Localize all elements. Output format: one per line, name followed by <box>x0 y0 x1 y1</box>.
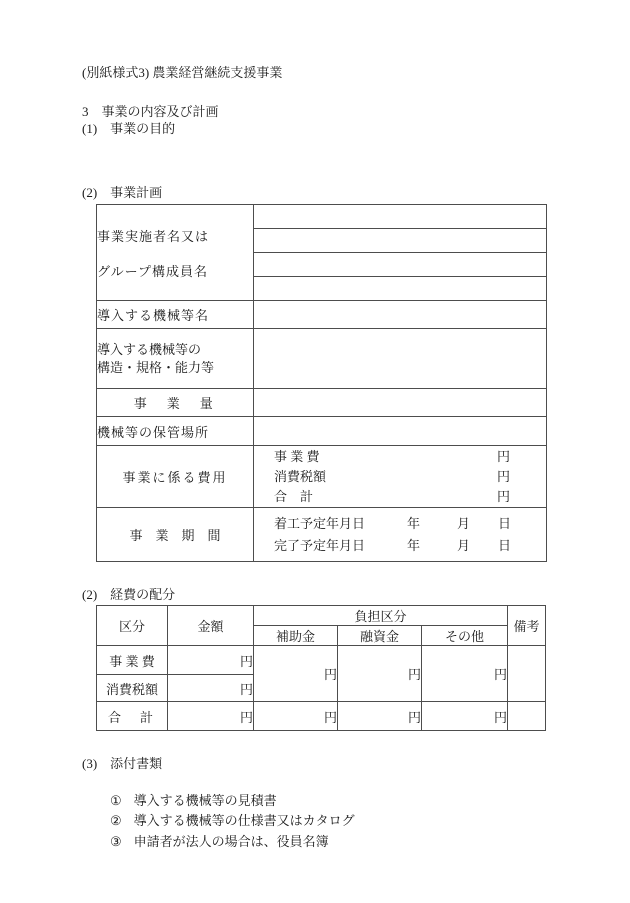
implementer-input-row-2[interactable] <box>254 229 547 253</box>
row-label-business-cost: 事 業 費 <box>97 646 168 675</box>
col-header-loan: 融資金 <box>338 626 422 646</box>
period-start-month: 月 <box>457 513 470 535</box>
attachment-3-number: ③ <box>110 834 122 850</box>
row-label-total: 合 計 <box>97 702 168 731</box>
document-page: (別紙様式3) 農業経営継続支援事業 3 事業の内容及び計画 (1) 事業の目的… <box>0 0 630 903</box>
volume-input[interactable] <box>254 389 547 417</box>
volume-label: 事 業 量 <box>97 389 254 417</box>
business-plan-table: 事業実施者名又は グループ構成員名 導入する機械等名 導入する機械等の 構造・規… <box>96 204 547 562</box>
machine-name-label: 導入する機械等名 <box>97 301 254 329</box>
heading-business-plan: (2) 事業計画 <box>82 185 162 201</box>
section-3-heading: 3 事業の内容及び計画 <box>82 104 219 120</box>
heading-expense-allocation: (2) 経費の配分 <box>82 587 175 603</box>
cost-business-label: 事 業 費 <box>274 447 320 467</box>
cost-detail-cell: 事 業 費 円 消費税額 円 合 計 円 <box>254 446 547 508</box>
col-header-remarks: 備考 <box>508 606 546 646</box>
period-complete-year: 年 <box>407 535 420 557</box>
machine-spec-label-cell: 導入する機械等の 構造・規格・能力等 <box>97 329 254 389</box>
other-total-cell[interactable]: 円 <box>422 702 508 731</box>
period-line-start: 着工予定年月日 年 月 日 <box>254 513 546 535</box>
machine-spec-input[interactable] <box>254 329 547 389</box>
machine-spec-label-line1: 導入する機械等の <box>97 341 253 359</box>
period-start-label: 着工予定年月日 <box>274 513 365 535</box>
storage-label: 機械等の保管場所 <box>97 417 254 446</box>
implementer-label-cell: 事業実施者名又は グループ構成員名 <box>97 205 254 301</box>
period-complete-month: 月 <box>457 535 470 557</box>
cost-label: 事業に係る費用 <box>97 446 254 508</box>
storage-input[interactable] <box>254 417 547 446</box>
col-header-other: その他 <box>422 626 508 646</box>
cost-total-unit: 円 <box>497 487 510 507</box>
cost-line-total: 合 計 円 <box>254 487 546 507</box>
cost-line-business: 事 業 費 円 <box>254 447 546 467</box>
loan-total-cell[interactable]: 円 <box>338 702 422 731</box>
subsidy-merged-cell[interactable]: 円 <box>254 646 338 702</box>
attachment-3-text: 申請者が法人の場合は、役員名簿 <box>134 834 329 849</box>
remarks-merged-cell[interactable] <box>508 646 546 702</box>
machine-spec-label-line2: 構造・規格・能力等 <box>97 359 253 377</box>
loan-merged-cell[interactable]: 円 <box>338 646 422 702</box>
col-header-amount: 金額 <box>168 606 254 646</box>
heading-business-purpose: (1) 事業の目的 <box>82 121 175 137</box>
attachment-item-3: ③申請者が法人の場合は、役員名簿 <box>97 818 329 866</box>
col-header-burden: 負担区分 <box>254 606 508 626</box>
heading-attachments: (3) 添付書類 <box>82 756 162 772</box>
col-header-category: 区分 <box>97 606 168 646</box>
period-label: 事 業 期 間 <box>97 508 254 562</box>
col-header-subsidy: 補助金 <box>254 626 338 646</box>
amount-tax[interactable]: 円 <box>168 675 254 702</box>
implementer-input-row-1[interactable] <box>254 205 547 229</box>
implementer-label-line2: グループ構成員名 <box>97 261 253 280</box>
period-start-year: 年 <box>407 513 420 535</box>
amount-total[interactable]: 円 <box>168 702 254 731</box>
page-title: (別紙様式3) 農業経営継続支援事業 <box>82 65 282 81</box>
implementer-input-row-3[interactable] <box>254 253 547 277</box>
period-start-day: 日 <box>498 513 511 535</box>
period-line-complete: 完了予定年月日 年 月 日 <box>254 535 546 557</box>
cost-business-unit: 円 <box>497 447 510 467</box>
period-complete-day: 日 <box>498 535 511 557</box>
amount-business-cost[interactable]: 円 <box>168 646 254 675</box>
period-complete-label: 完了予定年月日 <box>274 535 365 557</box>
implementer-label-line1: 事業実施者名又は <box>97 226 253 245</box>
row-label-tax: 消費税額 <box>97 675 168 702</box>
cost-tax-unit: 円 <box>497 467 510 487</box>
subsidy-total-cell[interactable]: 円 <box>254 702 338 731</box>
remarks-total-cell[interactable] <box>508 702 546 731</box>
expense-allocation-table: 区分 金額 負担区分 備考 補助金 融資金 その他 事 業 費 円 円 円 円 … <box>96 605 546 731</box>
machine-name-input[interactable] <box>254 301 547 329</box>
cost-line-tax: 消費税額 円 <box>254 467 546 487</box>
other-merged-cell[interactable]: 円 <box>422 646 508 702</box>
period-detail-cell: 着工予定年月日 年 月 日 完了予定年月日 年 月 日 <box>254 508 547 562</box>
implementer-input-row-4[interactable] <box>254 277 547 301</box>
cost-tax-label: 消費税額 <box>274 467 326 487</box>
cost-total-label: 合 計 <box>274 487 313 507</box>
